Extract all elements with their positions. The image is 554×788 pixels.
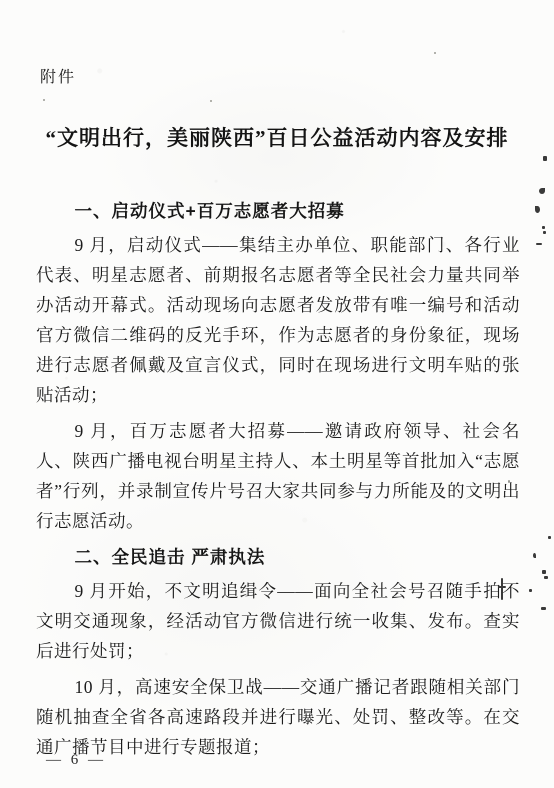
scan-speck (544, 576, 548, 579)
scan-speck (508, 480, 510, 483)
scan-speck (533, 553, 536, 558)
section-2-paragraph-1: 9 月开始，不文明追缉令——面向全社会号召随手拍不文明交通现象，经活动官方微信进… (36, 576, 520, 666)
scan-speck (548, 536, 551, 539)
scan-speck (501, 578, 503, 600)
section-1-paragraph-2: 9 月，百万志愿者大招募——邀请政府领导、社会名人、陕西广播电视台明星主持人、本… (36, 416, 520, 536)
document-body: 一、启动仪式+百万志愿者大招募 9 月，启动仪式——集结主办单位、职能部门、各行… (36, 196, 520, 768)
scan-speck (536, 243, 542, 245)
section-1-paragraph-1: 9 月，启动仪式——集结主办单位、职能部门、各行业代表、明星志愿者、前期报名志愿… (36, 230, 520, 410)
scan-speck (543, 231, 546, 234)
scan-speck (43, 99, 45, 101)
attachment-label: 附件 (40, 64, 76, 87)
scan-speck (535, 206, 540, 213)
section-2-heading: 二、全民追击 严肃执法 (36, 542, 520, 572)
section-2-paragraph-2: 10 月，高速安全保卫战——交通广播记者跟随相关部门随机抽查全省各高速路段并进行… (36, 672, 520, 762)
scanned-document-page: 附件 “文明出行，美丽陕西”百日公益活动内容及安排 一、启动仪式+百万志愿者大招… (0, 0, 554, 788)
scan-speck (541, 607, 546, 610)
scan-speck (498, 586, 506, 588)
scan-speck (539, 188, 545, 194)
section-1-heading: 一、启动仪式+百万志愿者大招募 (36, 196, 520, 226)
page-number: — 6 — (46, 752, 106, 769)
scan-speck (529, 589, 532, 592)
document-title: “文明出行，美丽陕西”百日公益活动内容及安排 (0, 122, 554, 152)
scan-speck (542, 570, 546, 574)
scan-speck (210, 100, 212, 102)
scan-speck (542, 226, 545, 229)
scan-speck (543, 156, 547, 161)
scan-speck (434, 52, 436, 54)
